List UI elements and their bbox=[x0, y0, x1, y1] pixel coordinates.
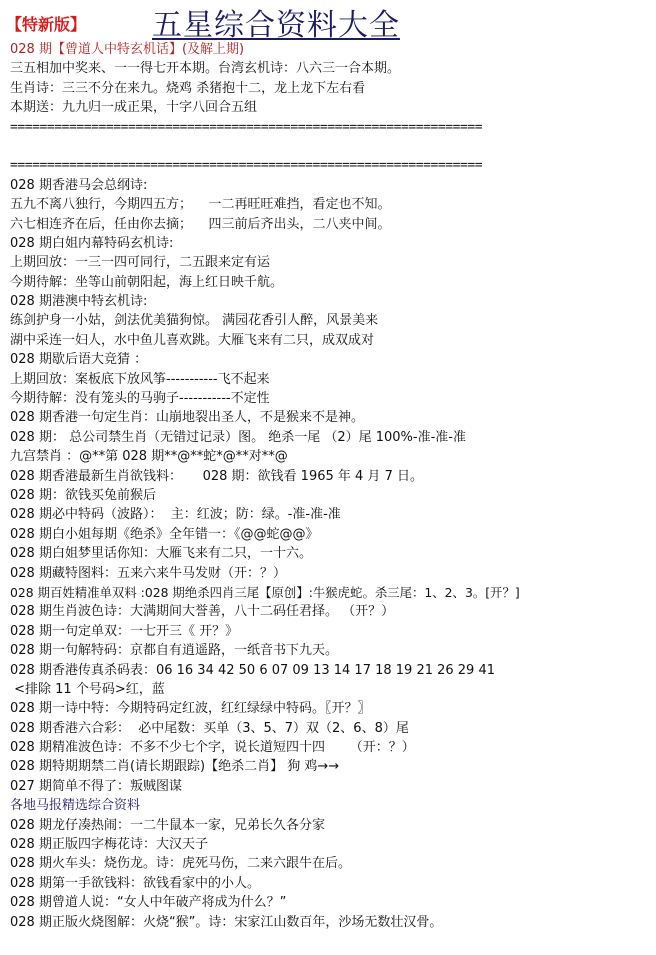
section-heading-regional: 各地马报精选综合资料 bbox=[10, 796, 656, 815]
line: 湖中采连一妇人，水中鱼儿喜欢跳。大雁飞来有二只，成双成对 bbox=[10, 331, 656, 350]
blank-line bbox=[10, 137, 656, 156]
line: 五九不离八独行，今期四五方； 一二再旺旺难挡，看定也不知。 bbox=[10, 195, 656, 214]
line: 028 期香港一句定生肖：山崩地裂出圣人，不是猴来不是神。 bbox=[10, 408, 656, 427]
line: 三五相加中奖来、一一得七开本期。台湾玄机诗：八六三一合本期。 bbox=[10, 59, 656, 78]
line: 028 期港澳中特玄机诗: bbox=[10, 292, 656, 311]
line: 028 期龙仔凑热闹：一二牛鼠本一家，兄弟长久各分家 bbox=[10, 816, 656, 835]
line: 028 期特期期禁二肖(请长期跟踪)【绝杀二肖】 狗 鸡→→ bbox=[10, 757, 656, 776]
line: 028 期生肖波色诗：大满期间大誉善，八十二码任君择。 （开？） bbox=[10, 602, 656, 621]
line: 本期送：九九归一成正果，十字八回合五组 bbox=[10, 98, 656, 117]
separator-line: ========================================… bbox=[10, 118, 656, 137]
line: 028 期正版火烧图解：火烧“猴”。诗：宋家江山数百年，沙场无数壮汉骨。 bbox=[10, 913, 656, 932]
line: 028 期一句定单双：一七开三《 开？》 bbox=[10, 622, 656, 641]
line: 028 期香港马会总纲诗: bbox=[10, 176, 656, 195]
line: 今期待解：没有笼头的马驹子-----------不定性 bbox=[10, 389, 656, 408]
line: 028 期白姐内幕特码玄机诗: bbox=[10, 234, 656, 253]
line: 028 期白小姐每期《绝杀》全年错一：《@@蛇@@》 bbox=[10, 525, 656, 544]
line: 028 期歇后语大竞猜 ： bbox=[10, 350, 656, 369]
line: 练剑护身一小姑，剑法优美猫狗惊。 满园花香引人醉，风景美来 bbox=[10, 311, 656, 330]
line: 028 期白姐梦里话你知：大雁飞来有二只，一十六。 bbox=[10, 544, 656, 563]
line: 上期回放：一三一四可同行，二五跟来定有运 bbox=[10, 253, 656, 272]
line: 028 期必中特码（波路）： 主：红波；防：绿。-准-准-准 bbox=[10, 505, 656, 524]
line: 028 期曾道人说：“女人中年破产将成为什么？” bbox=[10, 893, 656, 912]
line: 028 期：欲钱买兔前猴后 bbox=[10, 486, 656, 505]
line: 028 期正版四字梅花诗：大汉天子 bbox=[10, 835, 656, 854]
line: 028 期一句解特码：京都自有逍遥路，一纸音书下九天。 bbox=[10, 641, 656, 660]
line: 028 期百姓精准单双料 :028 期绝杀四肖三尾【原创】:牛猴虎蛇。杀三尾：1… bbox=[10, 583, 656, 602]
line: 九宫禁肖 ：@**第 028 期**@**蛇*@**对**@ bbox=[10, 447, 656, 466]
line: 028 期火车头：烧伤龙。诗：虎死马伤，二来六跟牛在后。 bbox=[10, 854, 656, 873]
document-body: 028 期【曾道人中特玄机话】(及解上期) 三五相加中奖来、一一得七开本期。台湾… bbox=[10, 40, 656, 932]
line: 生肖诗：三三不分在来九。烧鸡 杀猪抱十二，龙上龙下左右看 bbox=[10, 79, 656, 98]
page-header: 【特新版】 五星综合资料大全 bbox=[0, 0, 656, 36]
separator-line: ========================================… bbox=[10, 156, 656, 175]
page-title: 五星综合资料大全 bbox=[152, 0, 400, 44]
line-heading-zengdaoren: 028 期【曾道人中特玄机话】(及解上期) bbox=[10, 40, 656, 59]
line: 028 期第一手欲钱料：欲钱看家中的小人。 bbox=[10, 874, 656, 893]
line: 六七相连齐在后，任由你去摘； 四三前后齐出头，二八夹中间。 bbox=[10, 215, 656, 234]
edition-badge: 【特新版】 bbox=[6, 12, 86, 35]
line: <排除 11 个号码>红，蓝 bbox=[10, 680, 656, 699]
line: 028 期精准波色诗：不多不少七个字，说长道短四十四 （开：？） bbox=[10, 738, 656, 757]
line: 028 期一诗中特：今期特码定红波，红红绿绿中特码。〖开？〗 bbox=[10, 699, 656, 718]
line: 027 期简单不得了：叛贼图谋 bbox=[10, 777, 656, 796]
line: 今期待解：坐等山前朝阳起，海上红日映千航。 bbox=[10, 273, 656, 292]
line: 上期回放：案板底下放风筝-----------飞不起来 bbox=[10, 370, 656, 389]
line: 028 期香港最新生肖欲钱料： 028 期：欲钱看 1965 年 4 月 7 日… bbox=[10, 467, 656, 486]
line: 028 期： 总公司禁生肖（无错过记录）图。 绝杀一尾 （2）尾 100%-准-… bbox=[10, 428, 656, 447]
line: 028 期香港传真杀码表：06 16 34 42 50 6 07 09 13 1… bbox=[10, 661, 656, 680]
line: 028 期藏特图料：五来六来牛马发财（开：？） bbox=[10, 564, 656, 583]
line: 028 期香港六合彩： 必中尾数：买单（3、5、7）双（2、6、8）尾 bbox=[10, 719, 656, 738]
